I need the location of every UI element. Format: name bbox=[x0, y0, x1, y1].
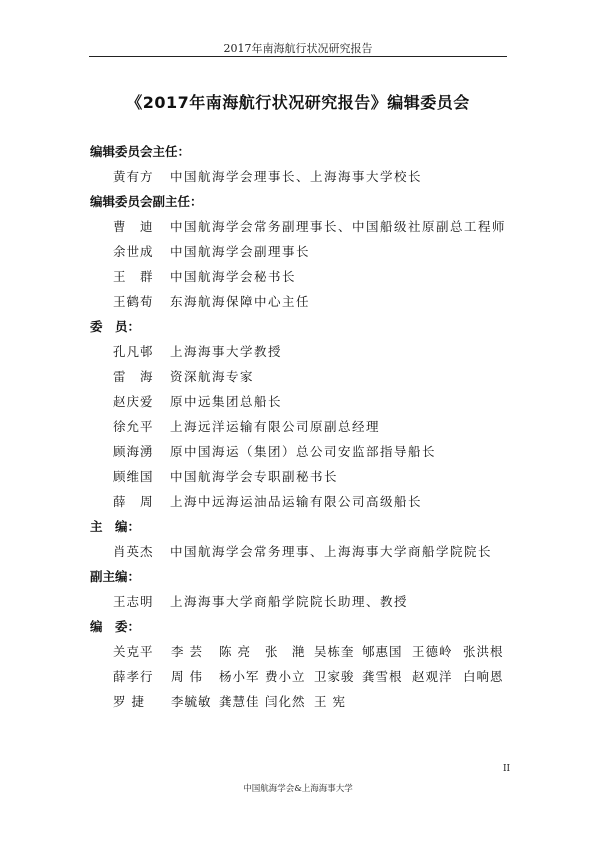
member-role: 中国航海学会理事长、上海海事大学校长 bbox=[170, 167, 422, 187]
section-heading: 主 编： bbox=[90, 517, 520, 542]
editor-name: 赵观洋 bbox=[412, 667, 453, 687]
member-name: 黄有方 bbox=[113, 167, 165, 187]
member-role: 中国航海学会常务副理事长、中国船级社原副总工程师 bbox=[170, 217, 506, 237]
editor-name: 白响恩 bbox=[463, 667, 504, 687]
member-name: 余世成 bbox=[113, 242, 165, 262]
committee-list: 编辑委员会主任： 黄有方 中国航海学会理事长、上海海事大学校长 编辑委员会副主任… bbox=[90, 142, 520, 717]
member-role: 中国航海学会专职副秘书长 bbox=[170, 467, 338, 487]
member-row: 王志明 上海海事大学商船学院院长助理、教授 bbox=[90, 592, 520, 617]
editor-name: 费小立 bbox=[265, 667, 306, 687]
member-name: 薛 周 bbox=[113, 492, 165, 512]
editor-name: 陈 亮 bbox=[219, 642, 251, 662]
section-heading: 副主编： bbox=[90, 567, 520, 592]
member-row: 徐允平 上海远洋运输有限公司原副总经理 bbox=[90, 417, 520, 442]
member-row: 王鹤荀 东海航海保障中心主任 bbox=[90, 292, 520, 317]
header-rule bbox=[89, 56, 507, 57]
member-row: 曹 迪 中国航海学会常务副理事长、中国船级社原副总工程师 bbox=[90, 217, 520, 242]
member-row: 肖英杰 中国航海学会常务理事、上海海事大学商船学院院长 bbox=[90, 542, 520, 567]
member-row: 余世成 中国航海学会副理事长 bbox=[90, 242, 520, 267]
member-name: 徐允平 bbox=[113, 417, 165, 437]
member-role: 上海远洋运输有限公司原副总经理 bbox=[170, 417, 380, 437]
editors-row: 罗 捷 李毓敏 龚慧佳 闫化然 王 宪 bbox=[90, 692, 520, 717]
page-number: II bbox=[503, 764, 510, 774]
editor-name: 王德岭 bbox=[412, 642, 453, 662]
member-row: 顾维国 中国航海学会专职副秘书长 bbox=[90, 467, 520, 492]
member-role: 上海海事大学教授 bbox=[170, 342, 282, 362]
member-row: 孔凡邨 上海海事大学教授 bbox=[90, 342, 520, 367]
member-name: 顾维国 bbox=[113, 467, 165, 487]
editor-name: 张 滟 bbox=[265, 642, 306, 662]
editors-row: 关克平 李 芸 陈 亮 张 滟 吴栋奎 郇惠国 王德岭 张洪根 bbox=[90, 642, 520, 667]
editor-name: 龚慧佳 bbox=[219, 692, 260, 712]
editor-name: 王 宪 bbox=[314, 692, 346, 712]
editor-name: 卫家骏 bbox=[314, 667, 355, 687]
section-heading: 编辑委员会副主任： bbox=[90, 192, 520, 217]
running-footer: 中国航海学会&上海海事大学 bbox=[0, 782, 596, 794]
editor-name: 周 伟 bbox=[171, 667, 203, 687]
editor-name: 关克平 bbox=[113, 642, 154, 662]
editor-name: 李 芸 bbox=[171, 642, 203, 662]
member-row: 薛 周 上海中远海运油品运输有限公司高级船长 bbox=[90, 492, 520, 517]
member-name: 肖英杰 bbox=[113, 542, 165, 562]
member-name: 雷 海 bbox=[113, 367, 165, 387]
member-name: 顾海湧 bbox=[113, 442, 165, 462]
member-role: 资深航海专家 bbox=[170, 367, 254, 387]
editor-name: 薛孝行 bbox=[113, 667, 154, 687]
editor-name: 郇惠国 bbox=[362, 642, 403, 662]
editor-name: 吴栋奎 bbox=[314, 642, 355, 662]
member-name: 王鹤荀 bbox=[113, 292, 165, 312]
member-role: 中国航海学会副理事长 bbox=[170, 242, 310, 262]
editor-name: 闫化然 bbox=[265, 692, 306, 712]
member-row: 王 群 中国航海学会秘书长 bbox=[90, 267, 520, 292]
member-name: 孔凡邨 bbox=[113, 342, 165, 362]
section-heading: 委 员： bbox=[90, 317, 520, 342]
running-header: 2017年南海航行状况研究报告 bbox=[0, 40, 596, 56]
member-role: 中国航海学会常务理事、上海海事大学商船学院院长 bbox=[170, 542, 492, 562]
member-role: 东海航海保障中心主任 bbox=[170, 292, 310, 312]
editor-name: 罗 捷 bbox=[113, 692, 145, 712]
member-name: 王 群 bbox=[113, 267, 165, 287]
page-title: 《2017年南海航行状况研究报告》编辑委员会 bbox=[0, 90, 596, 113]
member-name: 曹 迪 bbox=[113, 217, 165, 237]
editors-row: 薛孝行 周 伟 杨小军 费小立 卫家骏 龚雪根 赵观洋 白响恩 bbox=[90, 667, 520, 692]
member-row: 顾海湧 原中国海运（集团）总公司安监部指导船长 bbox=[90, 442, 520, 467]
member-row: 赵庆爱 原中远集团总船长 bbox=[90, 392, 520, 417]
editor-name: 张洪根 bbox=[463, 642, 504, 662]
member-name: 赵庆爱 bbox=[113, 392, 165, 412]
member-role: 上海中远海运油品运输有限公司高级船长 bbox=[170, 492, 422, 512]
editor-name: 李毓敏 bbox=[171, 692, 212, 712]
section-heading: 编 委： bbox=[90, 617, 520, 642]
section-heading: 编辑委员会主任： bbox=[90, 142, 520, 167]
editor-name: 龚雪根 bbox=[362, 667, 403, 687]
member-role: 原中远集团总船长 bbox=[170, 392, 282, 412]
member-role: 上海海事大学商船学院院长助理、教授 bbox=[170, 592, 408, 612]
member-row: 黄有方 中国航海学会理事长、上海海事大学校长 bbox=[90, 167, 520, 192]
member-row: 雷 海 资深航海专家 bbox=[90, 367, 520, 392]
editor-name: 杨小军 bbox=[219, 667, 260, 687]
member-role: 中国航海学会秘书长 bbox=[170, 267, 296, 287]
member-name: 王志明 bbox=[113, 592, 165, 612]
member-role: 原中国海运（集团）总公司安监部指导船长 bbox=[170, 442, 436, 462]
